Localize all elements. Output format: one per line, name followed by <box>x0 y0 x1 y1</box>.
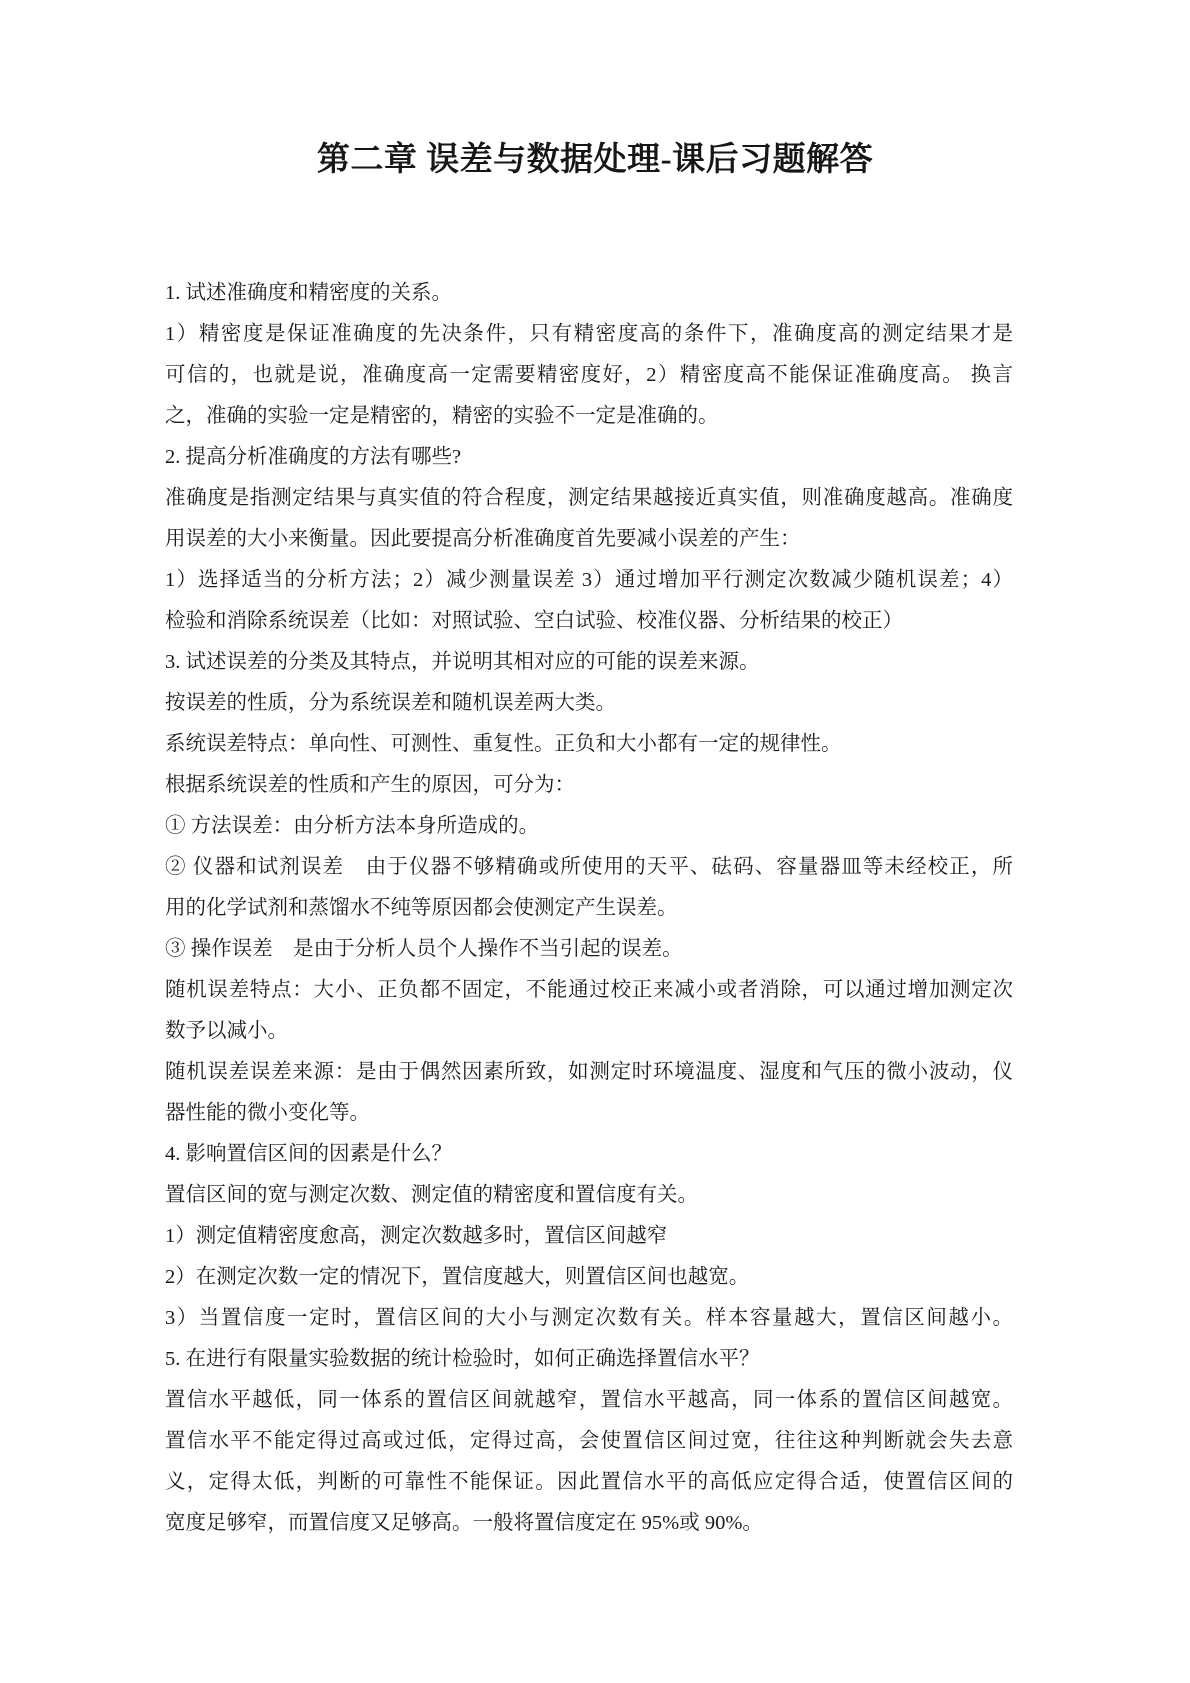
text-line: 之，准确的实验一定是精密的，精密的实验不一定是准确的。 <box>165 396 1013 437</box>
text-line: 1）选择适当的分析方法；2）减少测量误差 3）通过增加平行测定次数减少随机误差；… <box>165 560 1013 601</box>
text-line: 数予以减小。 <box>165 1011 1013 1052</box>
text-line: 用的化学试剂和蒸馏水不纯等原因都会使测定产生误差。 <box>165 888 1013 929</box>
text-line: 按误差的性质，分为系统误差和随机误差两大类。 <box>165 683 1013 724</box>
text-line: 检验和消除系统误差（比如：对照试验、空白试验、校准仪器、分析结果的校正） <box>165 601 1013 642</box>
text-line: 1）测定值精密度愈高，测定次数越多时，置信区间越窄 <box>165 1216 1013 1257</box>
text-line: 2. 提高分析准确度的方法有哪些? <box>165 437 1013 478</box>
text-line: 3. 试述误差的分类及其特点，并说明其相对应的可能的误差来源。 <box>165 642 1013 683</box>
text-line: 2）在测定次数一定的情况下，置信度越大，则置信区间也越宽。 <box>165 1257 1013 1298</box>
text-line: 宽度足够窄，而置信度又足够高。一般将置信度定在 95%或 90%。 <box>165 1503 1013 1544</box>
text-line: ② 仪器和试剂误差 由于仪器不够精确或所使用的天平、砝码、容量器皿等未经校正，所 <box>165 847 1013 888</box>
text-line: 3）当置信度一定时，置信区间的大小与测定次数有关。样本容量越大，置信区间越小。 <box>165 1298 1013 1339</box>
text-line: 1）精密度是保证准确度的先决条件，只有精密度高的条件下，准确度高的测定结果才是 <box>165 314 1013 355</box>
text-line: 4. 影响置信区间的因素是什么？ <box>165 1134 1013 1175</box>
document-page: 第二章 误差与数据处理-课后习题解答 1. 试述准确度和精密度的关系。1）精密度… <box>0 0 1190 1683</box>
text-line: 根据系统误差的性质和产生的原因，可分为： <box>165 765 1013 806</box>
text-line: 器性能的微小变化等。 <box>165 1093 1013 1134</box>
text-line: 随机误差特点：大小、正负都不固定，不能通过校正来减小或者消除，可以通过增加测定次 <box>165 970 1013 1011</box>
text-line: 置信区间的宽与测定次数、测定值的精密度和置信度有关。 <box>165 1175 1013 1216</box>
text-line: 置信水平不能定得过高或过低，定得过高，会使置信区间过宽，往往这种判断就会失去意 <box>165 1421 1013 1462</box>
text-line: 1. 试述准确度和精密度的关系。 <box>165 273 1013 314</box>
text-line: 可信的，也就是说，准确度高一定需要精密度好，2）精密度高不能保证准确度高。 换言 <box>165 355 1013 396</box>
text-line: 5. 在进行有限量实验数据的统计检验时，如何正确选择置信水平？ <box>165 1339 1013 1380</box>
text-line: 义，定得太低，判断的可靠性不能保证。因此置信水平的高低应定得合适，使置信区间的 <box>165 1462 1013 1503</box>
text-line: 准确度是指测定结果与真实值的符合程度，测定结果越接近真实值，则准确度越高。准确度 <box>165 478 1013 519</box>
text-line: 置信水平越低，同一体系的置信区间就越窄，置信水平越高，同一体系的置信区间越宽。 <box>165 1380 1013 1421</box>
text-line: 用误差的大小来衡量。因此要提高分析准确度首先要减小误差的产生： <box>165 519 1013 560</box>
text-line: ① 方法误差：由分析方法本身所造成的。 <box>165 806 1013 847</box>
text-line: ③ 操作误差 是由于分析人员个人操作不当引起的误差。 <box>165 929 1013 970</box>
text-line: 系统误差特点：单向性、可测性、重复性。正负和大小都有一定的规律性。 <box>165 724 1013 765</box>
page-title: 第二章 误差与数据处理-课后习题解答 <box>0 138 1190 182</box>
document-body: 1. 试述准确度和精密度的关系。1）精密度是保证准确度的先决条件，只有精密度高的… <box>165 273 1013 1544</box>
text-line: 随机误差误差来源：是由于偶然因素所致，如测定时环境温度、湿度和气压的微小波动，仪 <box>165 1052 1013 1093</box>
